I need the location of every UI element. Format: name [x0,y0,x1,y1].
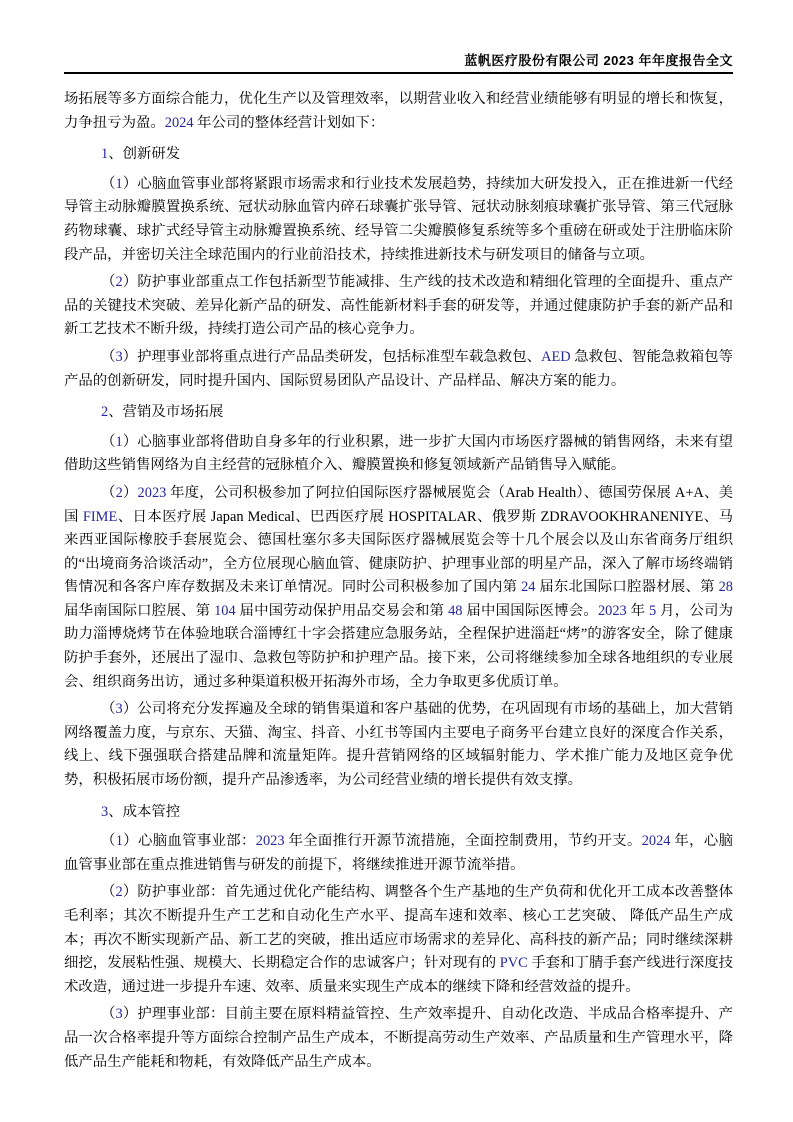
paragraph: （1）心脑血管事业部：2023 年全面推行开源节流措施，全面控制费用，节约开支。… [64,830,733,877]
numeral-text: 104 [214,603,236,619]
latin-text: Arab Health [505,485,576,501]
paragraph: （2）2023 年度，公司积极参加了阿拉伯国际医疗器械展览会（Arab Heal… [64,482,733,694]
section-heading: 3、成本管控 [64,801,733,825]
numeral-text: AED [541,349,571,365]
numeral-text: 2 [116,485,123,501]
numeral-text: 2023 [256,833,285,849]
section-heading: 2、营销及市场拓展 [64,401,733,425]
numeral-text: 1 [116,434,123,450]
numeral-text: FIME [83,509,117,525]
latin-text: A+A [675,485,704,501]
numeral-text: 1 [101,146,108,162]
numeral-text: 2023 [598,603,627,619]
paragraph: （2）防护事业部：首先通过优化产能结构、调整各个生产基地的生产负荷和优化开工成本… [64,881,733,999]
paragraph: （2）防护事业部重点工作包括新型节能减排、生产线的技术改造和精细化管理的全面提升… [64,271,733,342]
numeral-text: 48 [448,603,462,619]
section-heading: 1、创新研发 [64,143,733,167]
report-header-title: 蓝帆医疗股份有限公司 2023 年年度报告全文 [64,50,733,69]
paragraph: （1）心脑血管事业部将紧跟市场需求和行业技术发展趋势，持续加大研发投入，正在推进… [64,173,733,267]
numeral-text: 2024 [165,115,194,131]
numeral-text: 5 [649,603,656,619]
paragraph: 场拓展等多方面综合能力，优化生产以及管理效率，以期营业收入和经营业绩能够有明显的… [64,88,733,135]
numeral-text: 28 [719,579,733,595]
paragraph: （3）护理事业部：目前主要在原料精益管控、生产效率提升、自动化改造、半成品合格率… [64,1003,733,1074]
paragraph: （1）心脑事业部将借助自身多年的行业积累，进一步扩大国内市场医疗器械的销售网络，… [64,431,733,478]
numeral-text: PVC [500,955,528,971]
numeral-text: 2 [116,274,123,290]
numeral-text: 3 [116,701,123,717]
numeral-text: 2024 [642,833,671,849]
numeral-text: 1 [116,176,123,192]
paragraph: （3）护理事业部将重点进行产品品类研发，包括标准型车载急救包、AED 急救包、智… [64,346,733,393]
paragraph: （3）公司将充分发挥遍及全球的销售渠道和客户基础的优势，在巩固现有市场的基础上，… [64,698,733,792]
numeral-text: 3 [101,804,108,820]
latin-text: ZDRAVOOKHRANENIYE [540,509,703,525]
numeral-text: 24 [521,579,535,595]
numeral-text: 2 [101,404,108,420]
numeral-text: 2 [116,884,123,900]
numeral-text: 2023 [138,485,167,501]
document-body: 场拓展等多方面综合能力，优化生产以及管理效率，以期营业收入和经营业绩能够有明显的… [64,88,733,1078]
latin-text: HOSPITALAR [388,509,476,525]
numeral-text: 3 [115,349,122,365]
header-divider [64,72,733,74]
numeral-text: 3 [116,1006,123,1022]
latin-text: Japan Medical [211,509,295,525]
report-page: 蓝帆医疗股份有限公司 2023 年年度报告全文 场拓展等多方面综合能力，优化生产… [0,0,793,1122]
numeral-text: 1 [116,833,123,849]
